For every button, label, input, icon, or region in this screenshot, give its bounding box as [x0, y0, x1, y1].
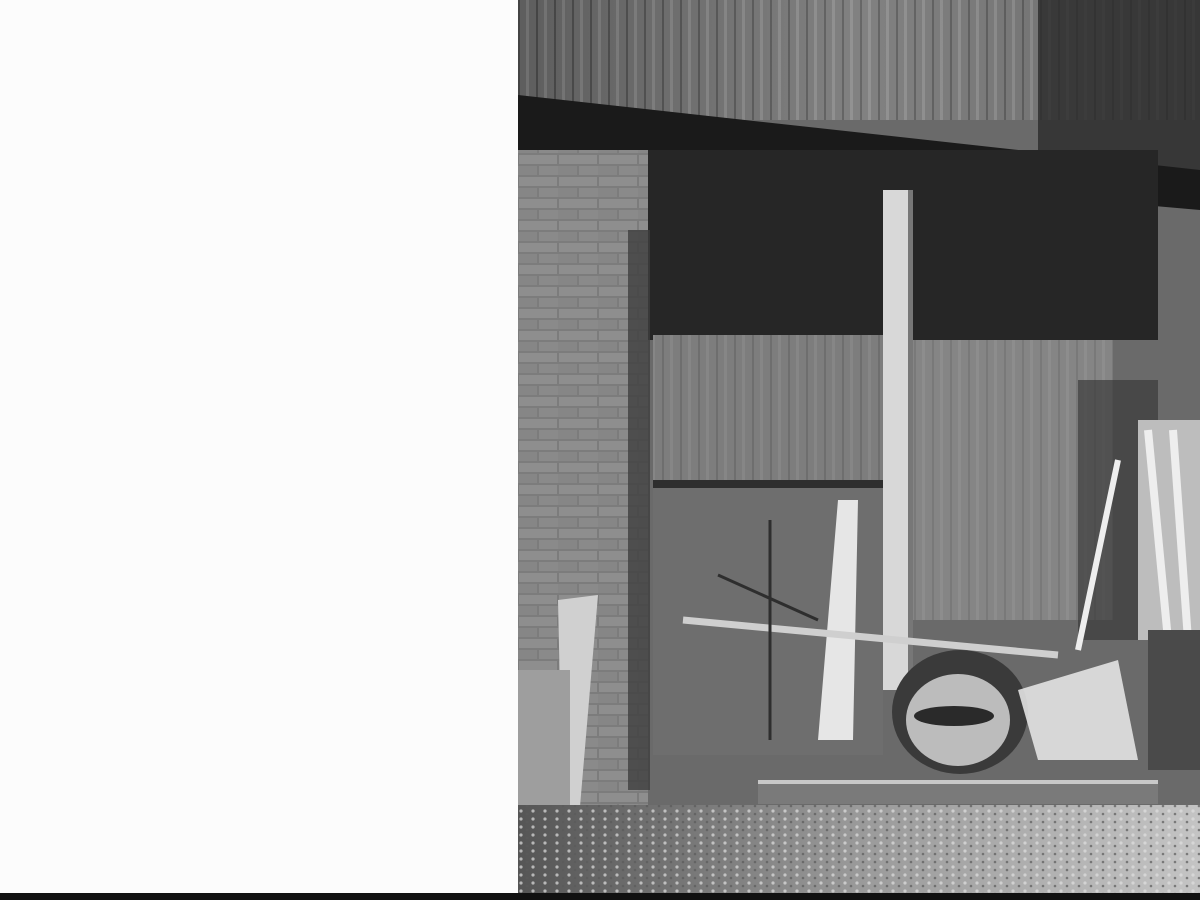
blank-white-panel: [0, 0, 518, 893]
bottom-border: [0, 893, 1200, 900]
barn-scene: [518, 0, 1200, 893]
barn-photograph: [518, 0, 1200, 893]
